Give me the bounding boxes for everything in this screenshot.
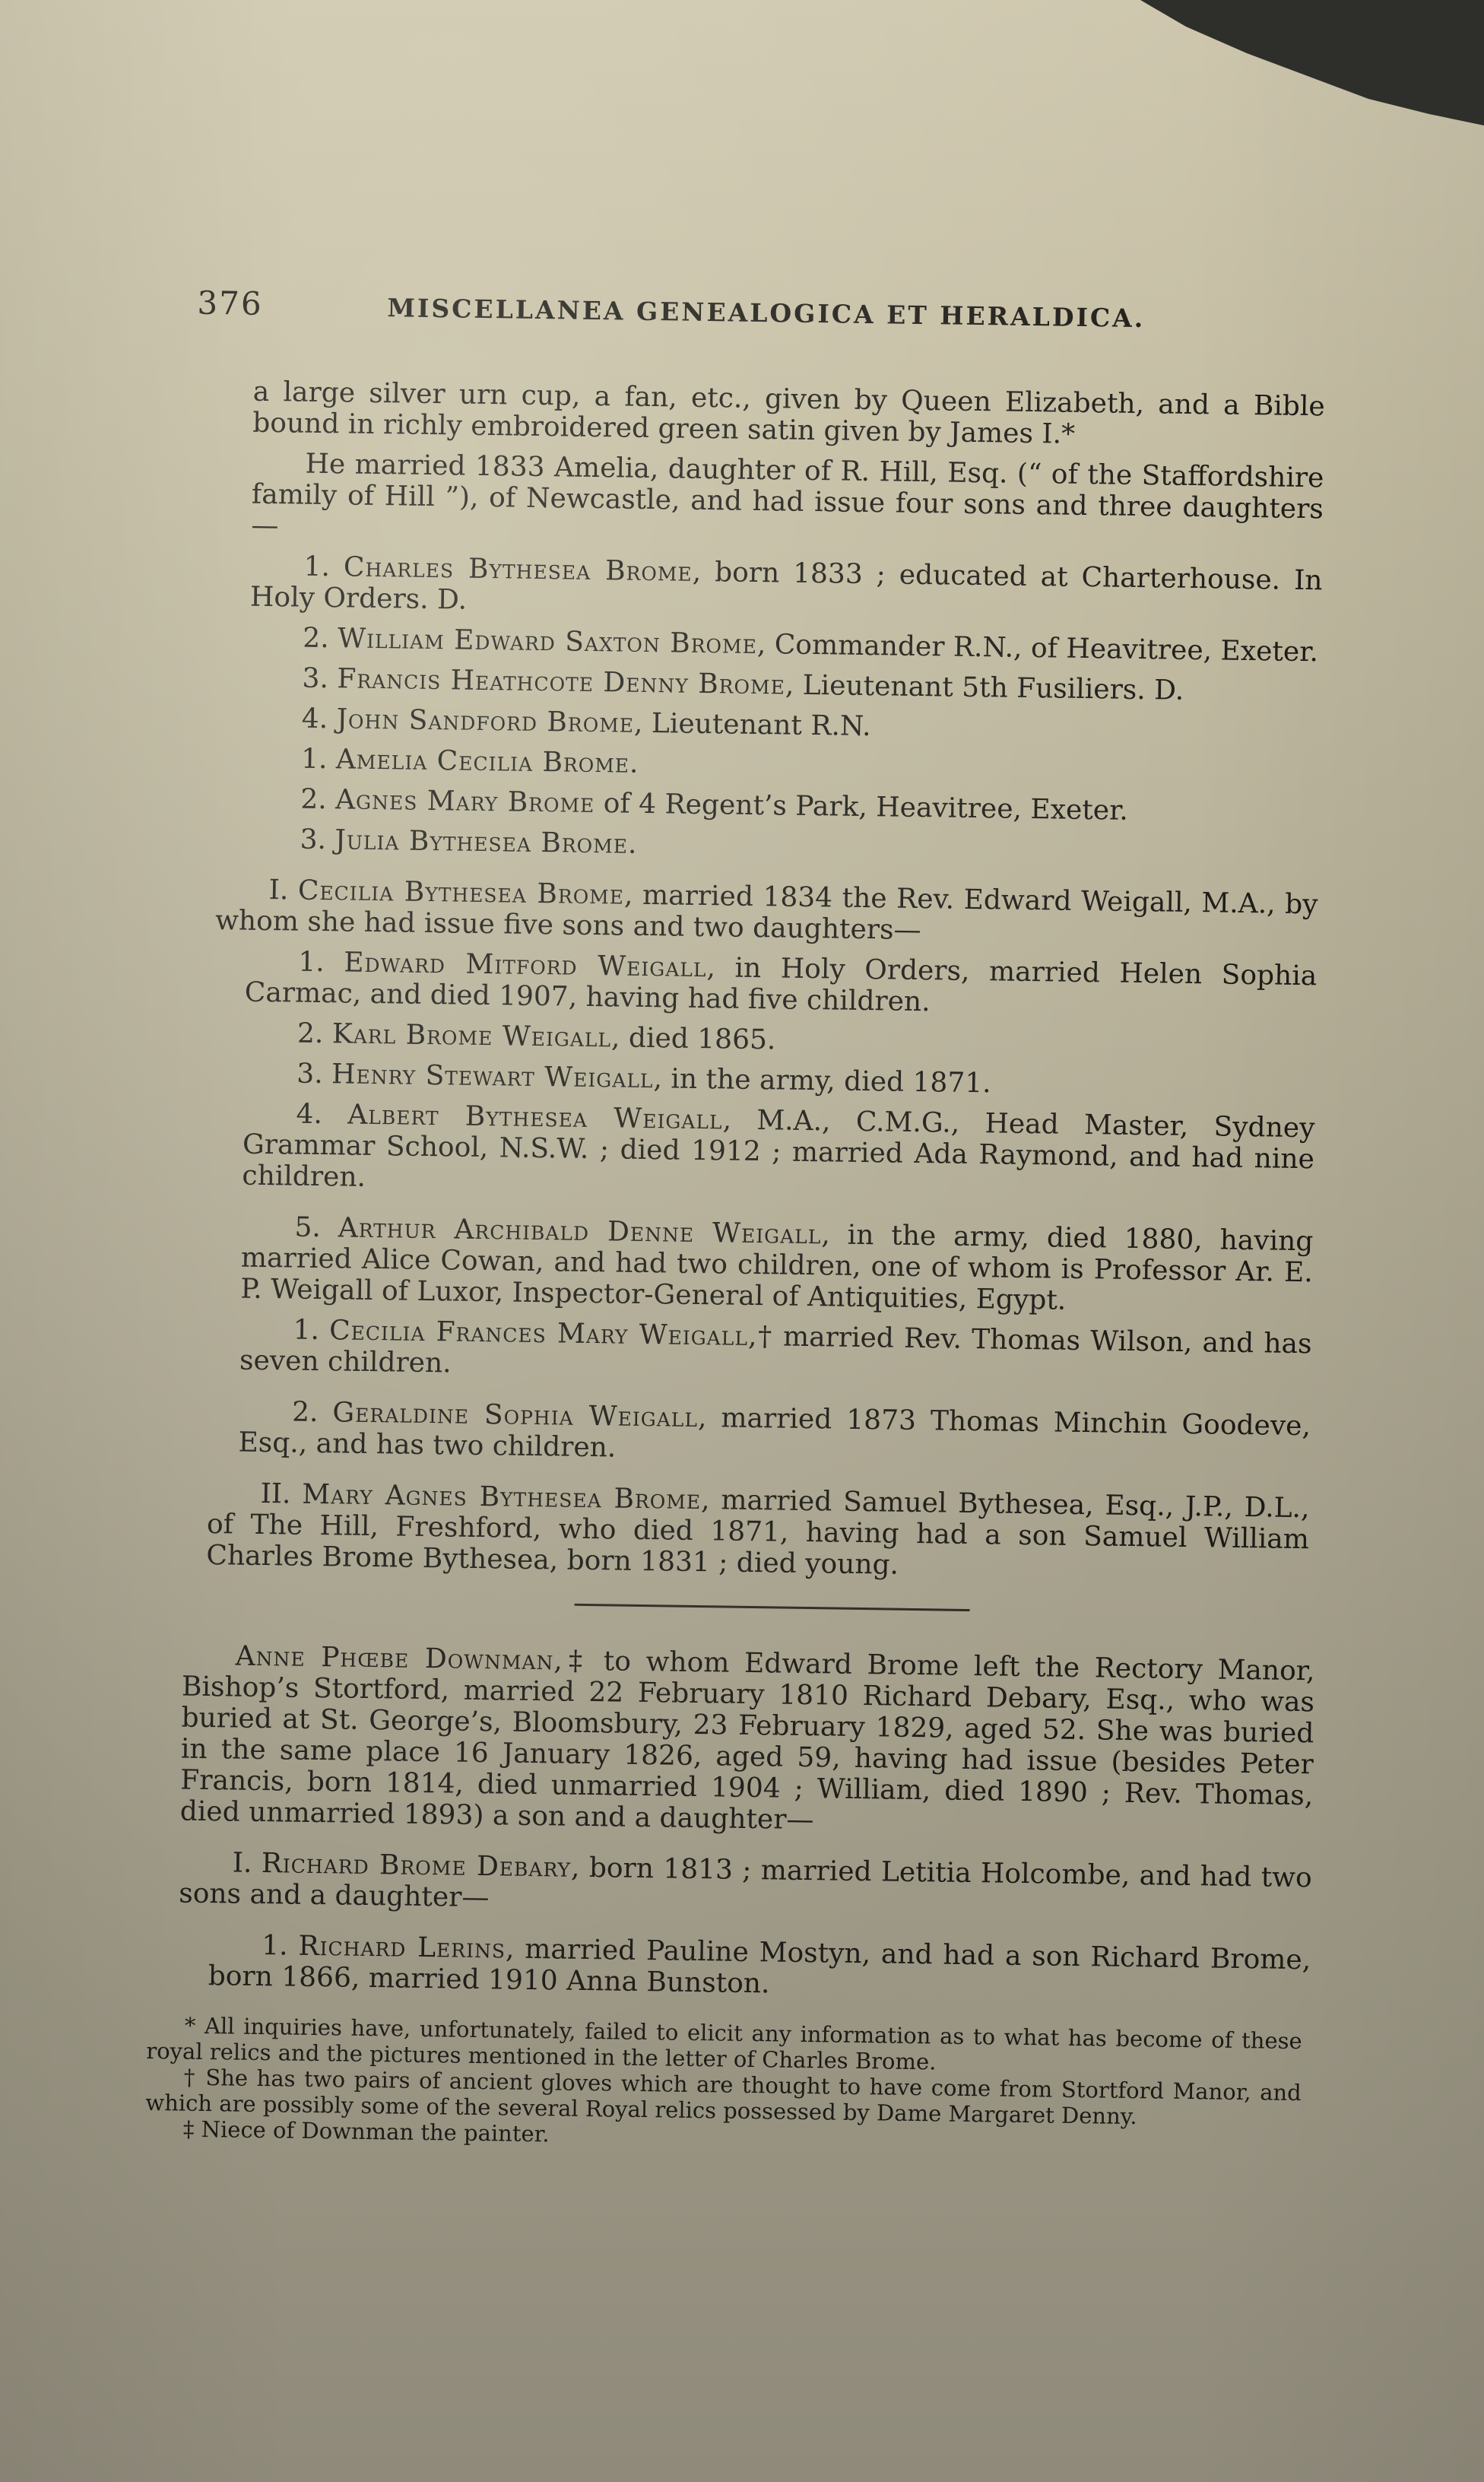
- entry-john: 4. John Sandford Brome, Lieutenant R.N.: [249, 703, 1321, 749]
- paragraph-marriage: He married 1833 Amelia, daughter of R. H…: [251, 448, 1324, 557]
- entry-richard-lerins: 1. Richard Lerins, married Pauline Mosty…: [208, 1929, 1311, 2007]
- entry-arthur-weigall: 5. Arthur Archibald Denne Weigall, in th…: [240, 1211, 1314, 1320]
- entry-francis: 3. Francis Heathcote Denny Brome, Lieute…: [249, 662, 1321, 709]
- page-text: 376 MISCELLANEA GENEALOGICA ET HERALDICA…: [0, 0, 1484, 21]
- page-header: 376 MISCELLANEA GENEALOGICA ET HERALDICA…: [197, 284, 1338, 338]
- person-name: Mary Agnes Bythesea Brome: [302, 1479, 701, 1516]
- entry-cecilia-bythesea: I. Cecilia Bythesea Brome, married 1834 …: [215, 874, 1318, 951]
- person-name: Charles Bythesea Brome: [344, 551, 693, 587]
- page-number: 376: [197, 284, 388, 324]
- person-name: Agnes Mary Brome: [335, 784, 595, 819]
- entry-william: 2. William Edward Saxton Brome, Commande…: [249, 622, 1321, 668]
- entry-richard-debary: I. Richard Brome Debary, born 1813 ; mar…: [179, 1847, 1312, 1925]
- person-name: William Edward Saxton Brome: [338, 623, 757, 660]
- person-name: Anne Phœbe Downman: [235, 1641, 553, 1677]
- entry-albert-weigall: 4. Albert Bythesea Weigall, M.A., C.M.G.…: [242, 1098, 1315, 1207]
- section-downman: Anne Phœbe Downman,‡ to whom Edward Brom…: [177, 1640, 1314, 2007]
- entry-mary-agnes: II. Mary Agnes Bythesea Brome, married S…: [206, 1477, 1310, 1586]
- entry-cecilia-weigall: 1. Cecilia Frances Mary Weigall,† marrie…: [239, 1314, 1312, 1392]
- book-page: 376 MISCELLANEA GENEALOGICA ET HERALDICA…: [0, 0, 1484, 2482]
- person-name: Cecilia Bythesea Brome: [298, 875, 625, 911]
- person-name: Richard Brome Debary: [262, 1848, 572, 1884]
- person-name: Karl Brome Weigall: [332, 1018, 612, 1053]
- entry-julia: 3. Julia Bythesea Brome.: [246, 824, 1318, 870]
- running-head: MISCELLANEA GENEALOGICA ET HERALDICA.: [387, 293, 1145, 333]
- entry-karl-weigall: 2. Karl Brome Weigall, died 1865.: [244, 1017, 1316, 1064]
- entry-agnes: 2. Agnes Mary Brome of 4 Regent’s Park, …: [247, 783, 1319, 830]
- entry-charles: 1. Charles Bythesea Brome, born 1833 ; e…: [250, 551, 1323, 628]
- entry-geraldine-weigall: 2. Geraldine Sophia Weigall, married 187…: [238, 1396, 1311, 1474]
- footnotes: * All inquiries have, unfortunately, fai…: [145, 2012, 1302, 2157]
- person-name: Edward Mitford Weigall: [344, 947, 707, 983]
- paragraph-relics: a large silver urn cup, a fan, etc., giv…: [252, 376, 1325, 454]
- person-name: Albert Bythesea Weigall: [347, 1100, 723, 1136]
- entry-anne-downman: Anne Phœbe Downman,‡ to whom Edward Brom…: [179, 1640, 1314, 1843]
- person-name: Henry Stewart Weigall: [331, 1058, 654, 1094]
- person-name: Francis Heathcote Denny Brome: [337, 663, 785, 700]
- entry-edward-weigall: 1. Edward Mitford Weigall, in Holy Order…: [245, 946, 1318, 1024]
- section-divider: [575, 1604, 970, 1611]
- entry-henry-weigall: 3. Henry Stewart Weigall, in the army, d…: [243, 1058, 1315, 1104]
- page-body: a large silver urn cup, a fan, etc., giv…: [229, 376, 1325, 2157]
- person-name: Richard Lerins: [298, 1931, 506, 1965]
- person-name: Julia Bythesea Brome: [335, 824, 628, 859]
- person-name: Geraldine Sophia Weigall: [332, 1397, 698, 1433]
- person-name: John Sandford Brome: [336, 703, 634, 738]
- entry-amelia: 1. Amelia Cecilia Brome.: [248, 743, 1320, 789]
- person-name: Amelia Cecilia Brome: [336, 744, 630, 779]
